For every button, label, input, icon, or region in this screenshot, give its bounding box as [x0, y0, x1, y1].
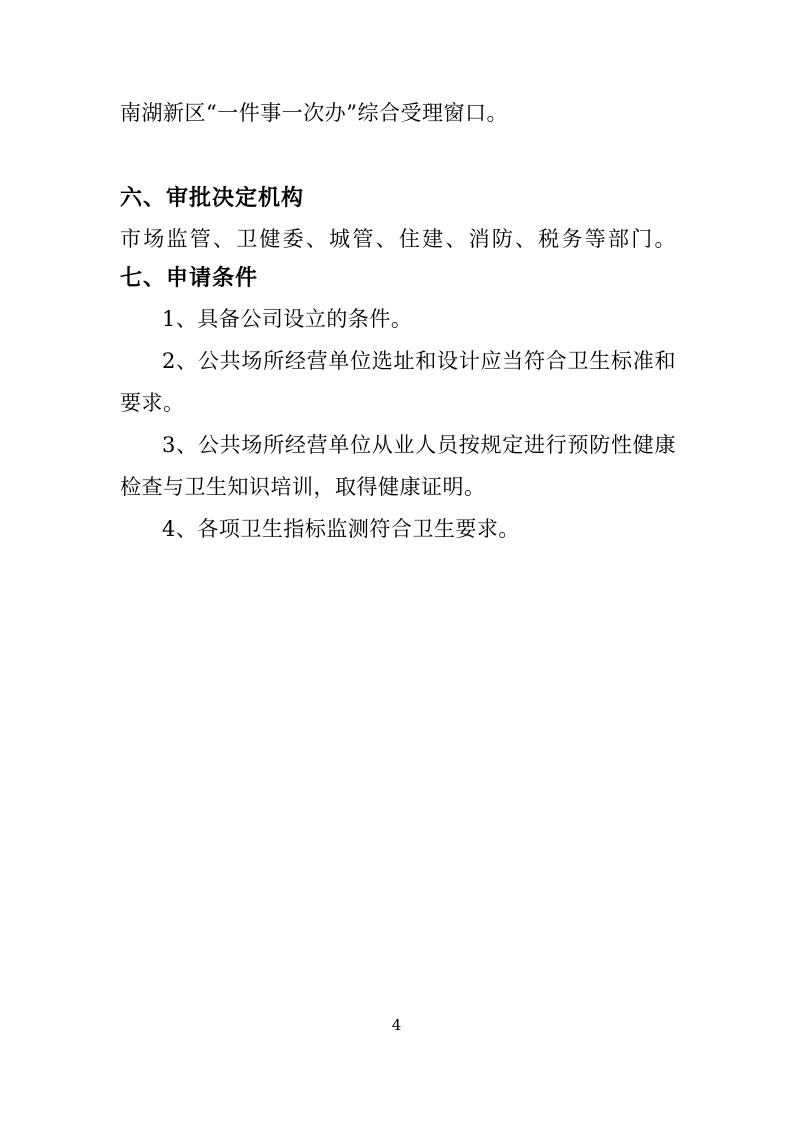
intro-paragraph: 南湖新区“一件事一次办”综合受理窗口。 [120, 92, 676, 134]
section-6-body: 市场监管、卫健委、城管、住建、消防、税务等部门。 [120, 218, 676, 260]
page-number: 4 [392, 1016, 402, 1034]
condition-item-4: 4、各项卫生指标监测符合卫生要求。 [120, 508, 676, 550]
condition-item-2: 2、公共场所经营单位选址和设计应当符合卫生标准和要求。 [120, 340, 676, 424]
condition-item-1: 1、具备公司设立的条件。 [120, 298, 676, 340]
document-content: 南湖新区“一件事一次办”综合受理窗口。 六、审批决定机构 市场监管、卫健委、城管… [120, 92, 676, 550]
section-7-heading: 七、申请条件 [120, 260, 676, 298]
section-6-heading: 六、审批决定机构 [120, 180, 676, 218]
condition-item-3: 3、公共场所经营单位从业人员按规定进行预防性健康检查与卫生知识培训，取得健康证明… [120, 424, 676, 508]
page-footer: 4 [0, 1016, 793, 1035]
document-page: 南湖新区“一件事一次办”综合受理窗口。 六、审批决定机构 市场监管、卫健委、城管… [0, 0, 793, 1122]
